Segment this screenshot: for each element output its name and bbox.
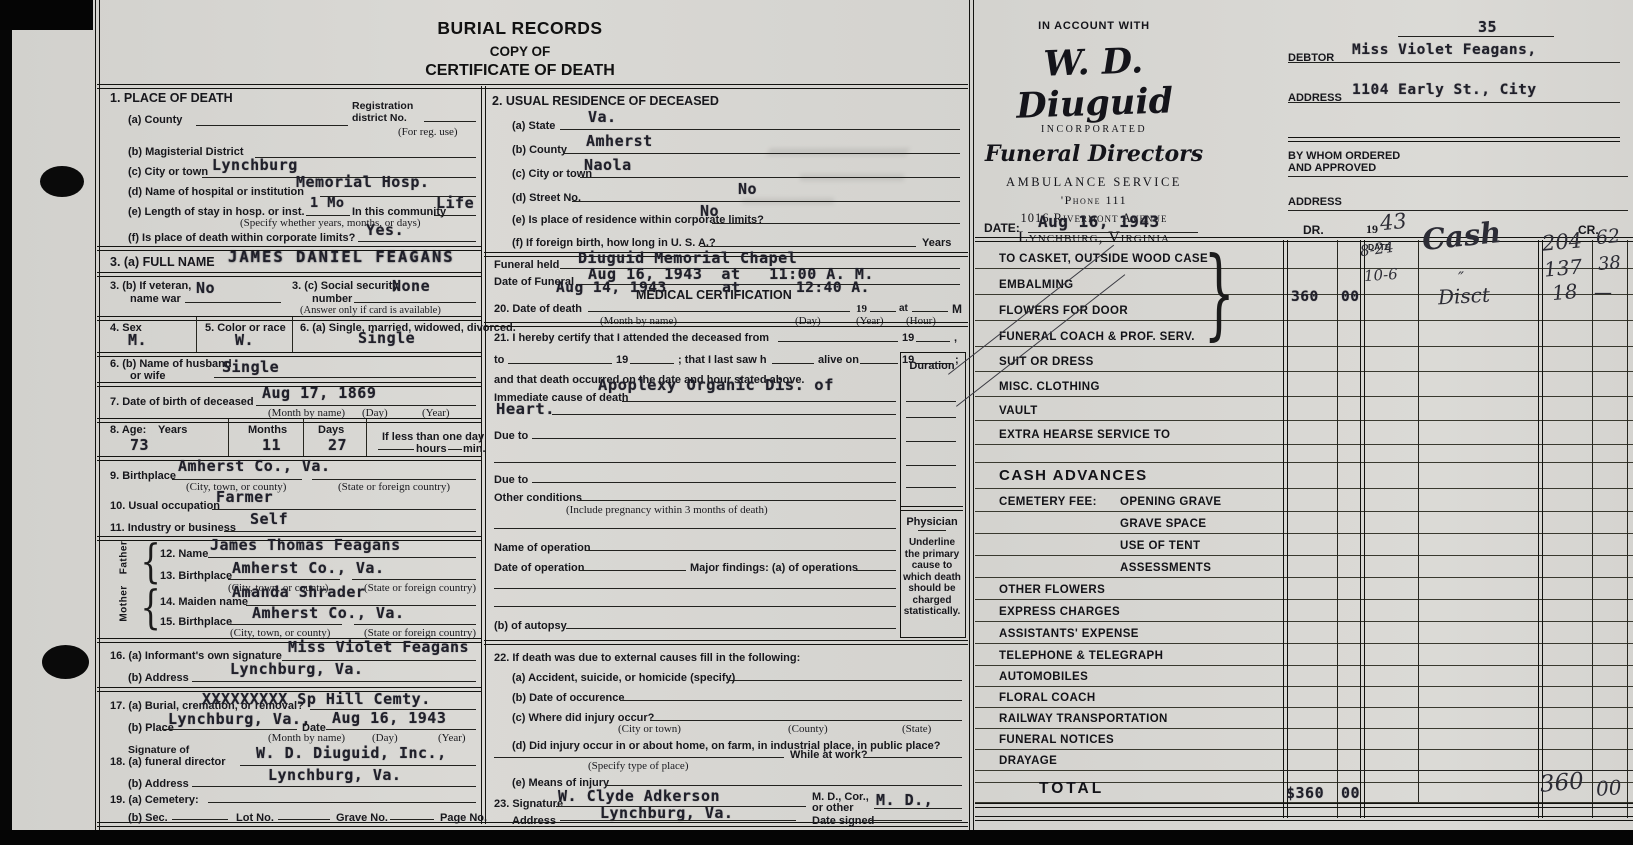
handwritten-value: — bbox=[1594, 284, 1612, 302]
handwritten-value: 18 bbox=[1551, 281, 1578, 303]
payment-entry-desc: Cash bbox=[1421, 218, 1503, 255]
total-credit-dollars: 360 bbox=[1539, 770, 1585, 797]
handwritten-value: 137 bbox=[1543, 256, 1583, 279]
handwritten-value: 8-24 bbox=[1359, 240, 1394, 260]
double-rule bbox=[975, 803, 1633, 808]
ledger-amounts: 360 00 8-24 Cash 204 62 10-6 ″ 137 38 Di… bbox=[0, 0, 1633, 845]
flowers-debit-dollars: 360 bbox=[1291, 290, 1319, 305]
flowers-debit-cents: 00 bbox=[1341, 290, 1359, 305]
handwritten-value: 62 bbox=[1595, 227, 1621, 248]
handwritten-value: 38 bbox=[1597, 254, 1621, 274]
discount-entry-desc: Disct bbox=[1438, 285, 1491, 308]
total-debit-cents: 00 bbox=[1341, 786, 1360, 801]
total-debit-dollars: $360 bbox=[1286, 786, 1324, 801]
total-credit-cents: 00 bbox=[1595, 777, 1622, 799]
fill-line bbox=[1280, 770, 1633, 771]
handwritten-value: 10-6 bbox=[1364, 267, 1399, 284]
handwritten-value: 204 bbox=[1541, 230, 1583, 254]
scanned-burial-record-document: BURIAL RECORDS COPY OF CERTIFICATE OF DE… bbox=[0, 0, 1633, 845]
